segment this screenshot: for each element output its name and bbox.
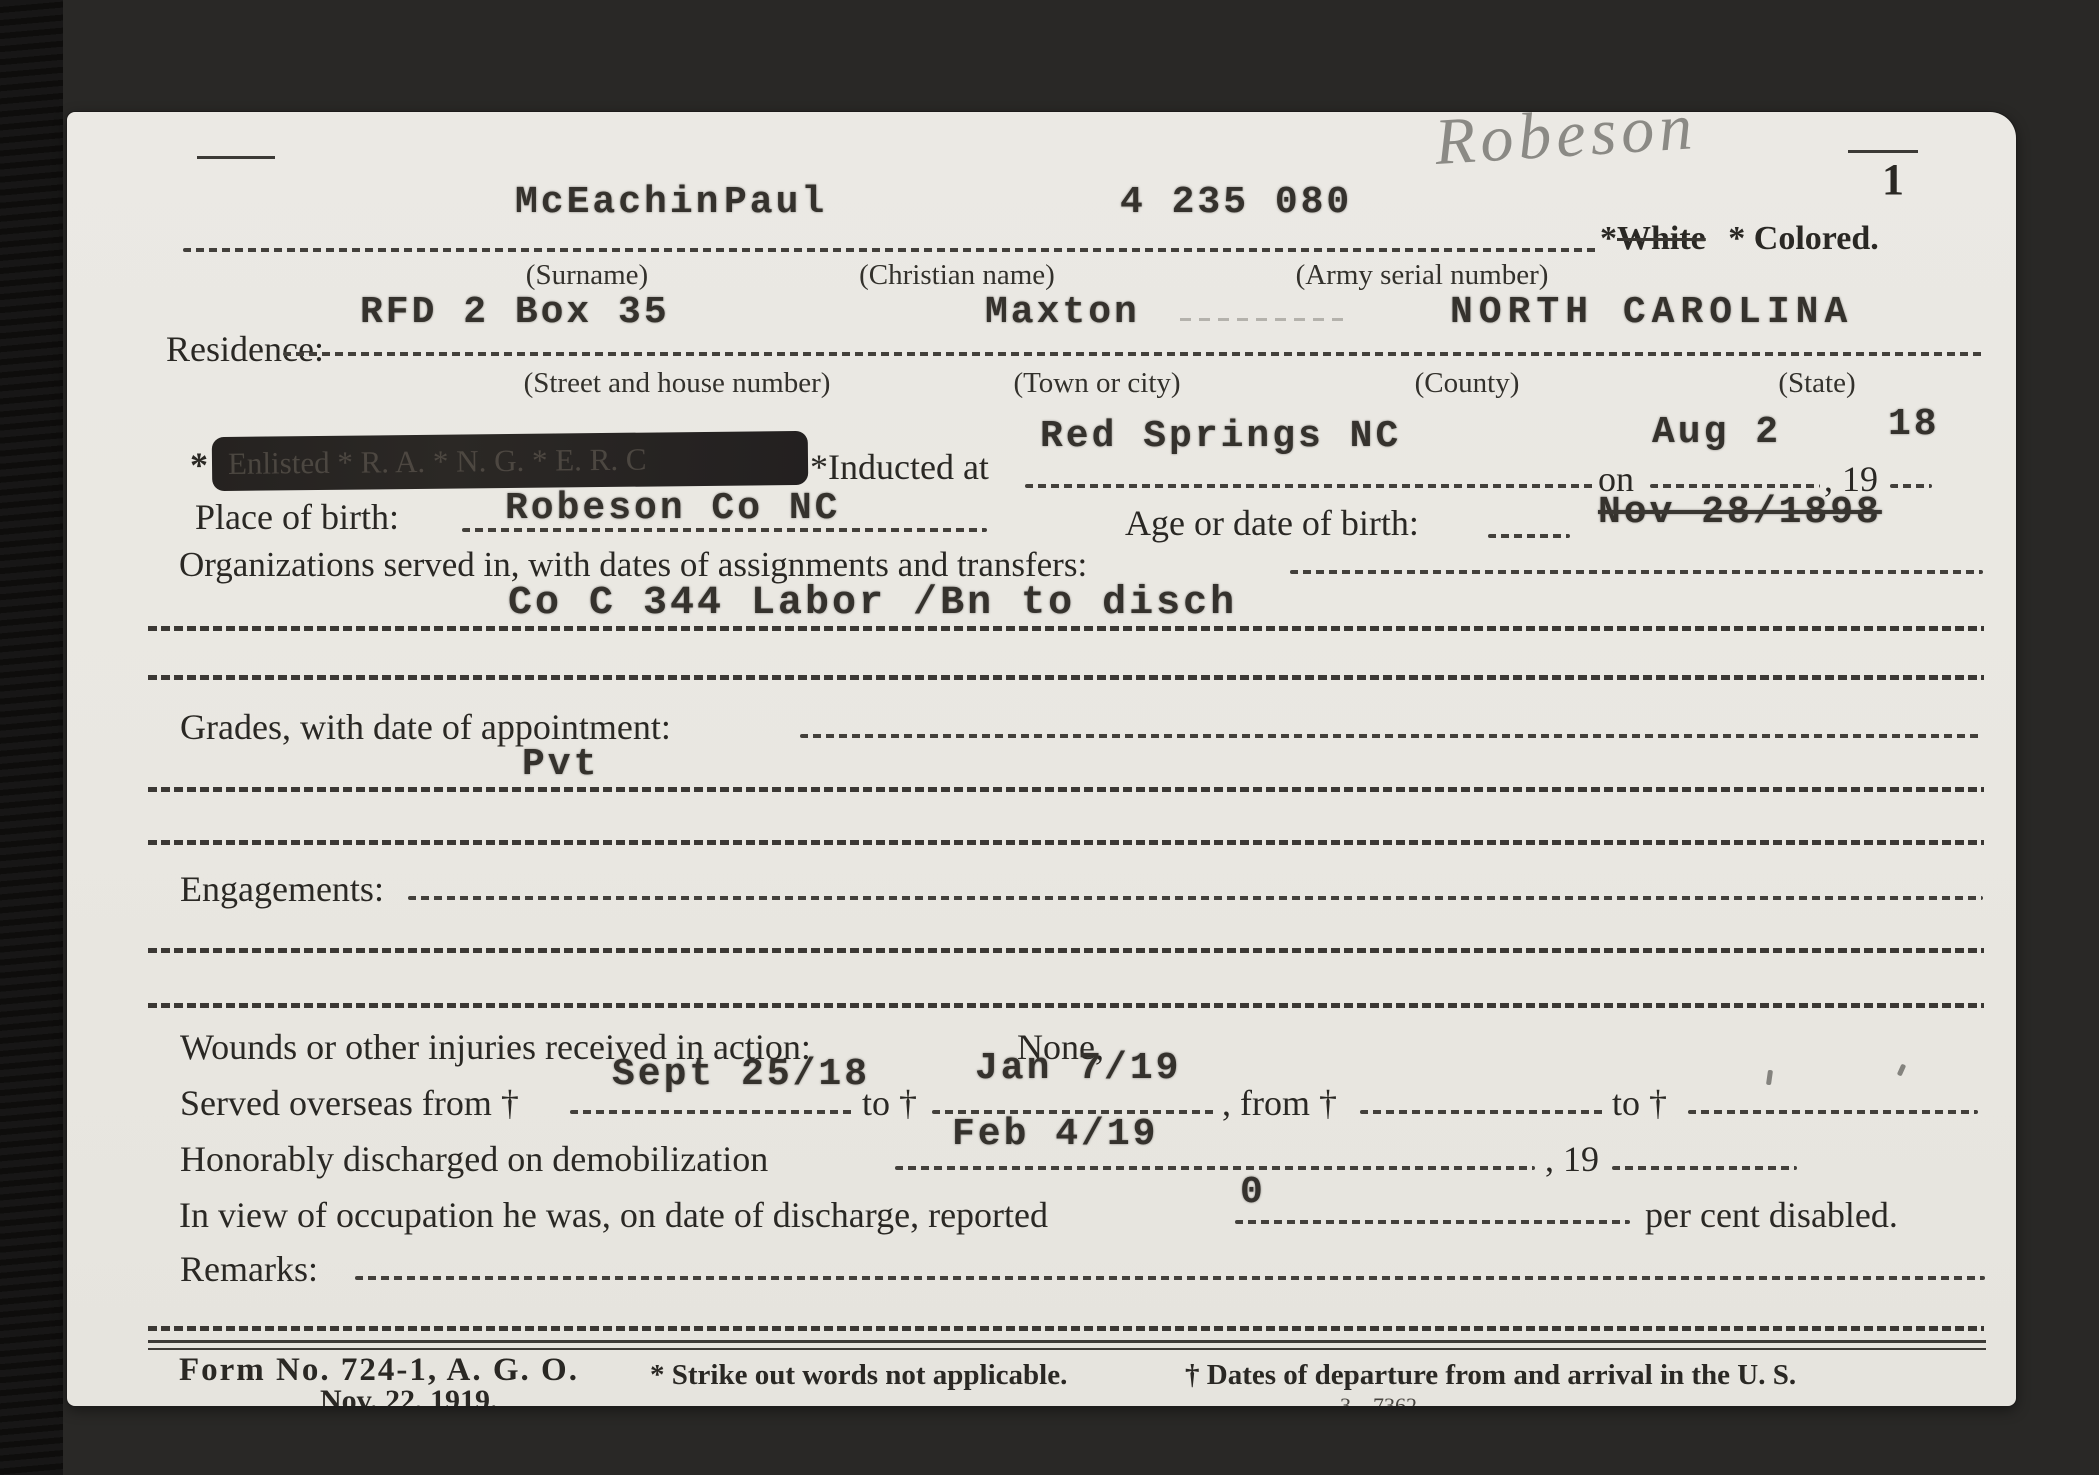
- overseas-to-label-1: to †: [862, 1084, 917, 1124]
- blank-rule: [148, 1003, 1984, 1008]
- town-label: (Town or city): [947, 368, 1247, 400]
- grades-rule: [800, 734, 1983, 738]
- engagements-label: Engagements:: [180, 870, 384, 910]
- race-white: White: [1617, 220, 1706, 257]
- scan-left-edge: [0, 0, 63, 1475]
- disability-rule: [1235, 1220, 1630, 1224]
- corner-tick-line: [197, 156, 275, 159]
- dates-note: † Dates of departure from and arrival in…: [1185, 1360, 1796, 1392]
- race-designation: *White * Colored.: [1600, 220, 1879, 257]
- overseas-rule-4: [1688, 1110, 1978, 1114]
- grades-label: Grades, with date of appointment:: [180, 708, 671, 748]
- age-label: Age or date of birth:: [1125, 504, 1419, 544]
- discharge-date-typed: Feb 4/19: [952, 1116, 1158, 1154]
- army-serial-typed: 4 235 080: [1120, 184, 1352, 222]
- bottom-dashed-rule: [148, 1326, 1984, 1331]
- disability-label: In view of occupation he was, on date of…: [179, 1196, 1048, 1236]
- scan-background: { "card": { "page_number": "1", "name": …: [0, 0, 2099, 1475]
- strike-note: * Strike out words not applicable.: [650, 1360, 1067, 1392]
- blank-rule: [148, 675, 1984, 680]
- birth-place-typed: Robeson Co NC: [505, 490, 840, 528]
- enlistment-redaction: Enlisted * R. A. * N. G. * E. R. C: [212, 431, 809, 491]
- place-of-birth-label: Place of birth:: [195, 498, 399, 538]
- overseas-from1-typed: Sept 25/18: [612, 1056, 870, 1094]
- town-typed: Maxton: [985, 294, 1140, 332]
- page-number-rule: [1848, 150, 1918, 153]
- redacted-options-text: Enlisted * R. A. * N. G. * E. R. C: [212, 431, 809, 491]
- induction-place-rule: [1025, 484, 1595, 488]
- state-typed: NORTH CAROLINA: [1450, 294, 1853, 332]
- induction-place-typed: Red Springs NC: [1040, 418, 1401, 456]
- blank-rule: [148, 840, 1984, 845]
- inducted-at-label: *Inducted at: [810, 448, 989, 488]
- pencil-tick-2: [1897, 1064, 1906, 1077]
- organizations-rule: [1290, 570, 1983, 574]
- disability-value-typed: 0: [1240, 1174, 1266, 1212]
- race-colored: * Colored.: [1728, 220, 1878, 257]
- service-record-card: McEachin Paul 4 235 080 Robeson 1 *White…: [67, 112, 2016, 1406]
- print-code: 3—7362: [1340, 1394, 1417, 1406]
- surname-typed: McEachin: [515, 184, 721, 222]
- form-date: Nov. 22, 1919.: [320, 1384, 498, 1406]
- bottom-solid-rule-1: [148, 1340, 1986, 1343]
- serial-number-label: (Army serial number): [1147, 260, 1697, 292]
- form-number: Form No. 724-1, A. G. O.: [179, 1352, 579, 1388]
- street-typed: RFD 2 Box 35: [360, 294, 670, 332]
- organizations-typed: Co C 344 Labor /Bn to disch: [508, 584, 1237, 624]
- residence-rule: [283, 352, 1983, 356]
- county-handwritten: Robeson: [1433, 112, 1699, 176]
- discharge-year-rule: [1612, 1166, 1797, 1170]
- residence-label: Residence:: [166, 330, 324, 370]
- name-divider-rule: [183, 248, 1597, 252]
- discharge-label: Honorably discharged on demobilization: [180, 1140, 768, 1180]
- discharge-year-label: , 19: [1545, 1140, 1599, 1180]
- induction-date-rule: [1650, 484, 1820, 488]
- induction-year-typed: 18: [1888, 406, 1940, 444]
- discharge-rule: [895, 1166, 1535, 1170]
- christian-name-label: (Christian name): [707, 260, 1207, 292]
- induction-date-typed: Aug 2: [1652, 414, 1781, 452]
- overseas-from-label-2: , from †: [1222, 1084, 1337, 1124]
- blank-rule: [148, 948, 1984, 953]
- remarks-label: Remarks:: [180, 1250, 318, 1290]
- christian-name-typed: Paul: [724, 184, 827, 222]
- birth-date-struck: Nov 28/1898: [1598, 494, 1882, 532]
- organizations-label: Organizations served in, with dates of a…: [179, 546, 1087, 585]
- overseas-to1-typed: Jan 7/19: [975, 1050, 1181, 1088]
- overseas-rule-3: [1360, 1110, 1605, 1114]
- pencil-tick-1: [1766, 1070, 1773, 1086]
- grade-typed: Pvt: [522, 746, 599, 784]
- bottom-solid-rule-2: [148, 1348, 1986, 1350]
- race-star: *: [1600, 220, 1617, 257]
- pencil-dashes: [1180, 318, 1350, 321]
- remarks-rule: [355, 1276, 1985, 1280]
- page-number: 1: [1882, 156, 1904, 204]
- engagements-rule: [408, 896, 1983, 900]
- disability-suffix: per cent disabled.: [1645, 1196, 1898, 1236]
- enlistment-star: *: [190, 446, 208, 486]
- year-rule: [1890, 484, 1932, 488]
- overseas-to-label-2: to †: [1612, 1084, 1667, 1124]
- state-label: (State): [1667, 368, 1967, 400]
- blank-rule: [148, 626, 1984, 631]
- age-rule: [1488, 534, 1570, 538]
- overseas-rule-1: [570, 1110, 855, 1114]
- street-label: (Street and house number): [347, 368, 1007, 400]
- county-label: (County): [1317, 368, 1617, 400]
- overseas-label: Served overseas from †: [180, 1084, 519, 1124]
- surname-label: (Surname): [417, 260, 757, 292]
- blank-rule: [148, 787, 1984, 792]
